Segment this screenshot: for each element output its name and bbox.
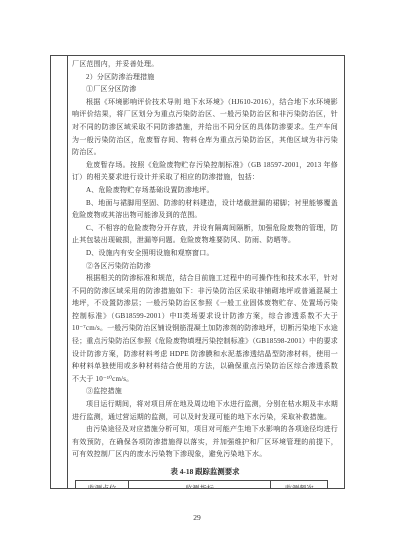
paragraph: 由污染途径及对应措施分析可知，项目对可能产生地下水影响的各项途径均进行有效预防，… [72, 423, 338, 461]
paragraph: 厂区范围内，并妥善处理。 [72, 58, 338, 71]
paragraph: ③监控措施 [72, 385, 338, 398]
scanned-document-page: 厂区范围内，并妥善处理。2）分区防渗治理措施①厂区分区防渗根据《环境影响评价技术… [0, 0, 394, 557]
table-caption: 表 4-18 跟踪监测要求 [72, 466, 338, 477]
header-cell-monitor-frequency: 监测频次 [271, 481, 328, 489]
document-content-cell: 厂区范围内，并妥善处理。2）分区防渗治理措施①厂区分区防渗根据《环境影响评价技术… [68, 56, 344, 488]
monitoring-table-header-row: 监测点位 监测指标 监测频次 [76, 481, 328, 489]
paragraph: 危废暂存场。按照《危险废物贮存污染控制标准》（GB 18597-2001，201… [72, 159, 338, 184]
paragraph: 2）分区防渗治理措施 [72, 71, 338, 84]
monitoring-table: 监测点位 监测指标 监测频次 [75, 480, 328, 488]
paragraph: A、危险废物贮存场基础设置防渗地坪。 [72, 184, 338, 197]
paragraph: ②各区污染防治防渗 [72, 260, 338, 273]
document-table-frame: 厂区范围内，并妥善处理。2）分区防渗治理措施①厂区分区防渗根据《环境影响评价技术… [50, 55, 345, 489]
paragraph: 项目运行期间，将对项目所在地及周边地下水进行监测，分别在枯水期及丰水期进行监测，… [72, 398, 338, 423]
page-number: 29 [0, 513, 394, 522]
header-cell-monitor-indicator: 监测指标 [128, 481, 270, 489]
paragraph: D、设施内有安全照明设施和观察窗口。 [72, 247, 338, 260]
header-cell-monitor-point: 监测点位 [76, 481, 129, 489]
paragraph: ①厂区分区防渗 [72, 83, 338, 96]
paragraph: 根据《环境影响评价技术导则 地下水环境》（HJ610-2016），结合地下水环境… [72, 96, 338, 159]
table-left-margin-cell [51, 56, 68, 488]
paragraph: 根据相关的防渗标准和规范，结合目前施工过程中的可操作性和技术水平，针对不同的防渗… [72, 272, 338, 385]
paragraph: B、地面与裙脚用坚固、防渗的材料建造，设计堵截泄漏的裙脚；衬里能够覆盖危险废物或… [72, 197, 338, 222]
paragraph: C、不相容的危险废物分开存放，并设有隔离间隔断，加强危险废物的管理，防止其包装出… [72, 222, 338, 247]
document-body-text: 厂区范围内，并妥善处理。2）分区防渗治理措施①厂区分区防渗根据《环境影响评价技术… [72, 58, 338, 461]
